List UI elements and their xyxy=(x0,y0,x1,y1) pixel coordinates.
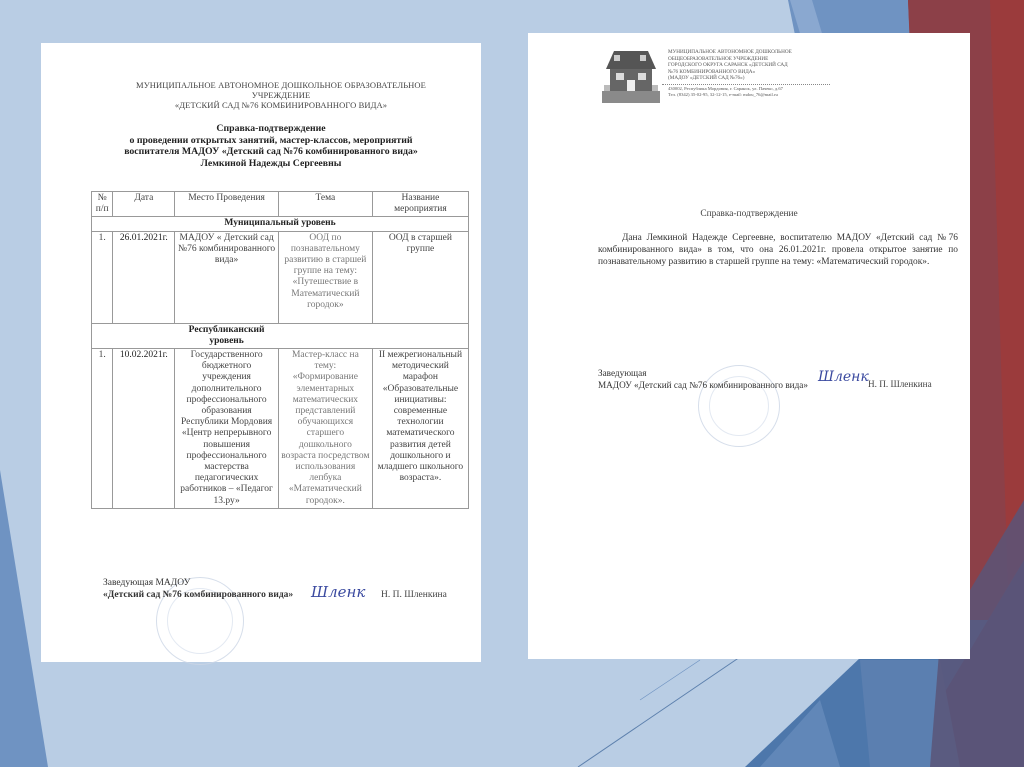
cell-date: 10.02.2021г. xyxy=(113,349,175,509)
letterhead-line: ГОРОДСКОГО ОКРУГА САРАНСК «ДЕТСКИЙ САД xyxy=(668,62,828,69)
document-title: Справка-подтверждение xyxy=(528,209,970,219)
letterhead-line: МУНИЦИПАЛЬНОЕ АВТОНОМНОЕ ДОШКОЛЬНОЕ xyxy=(668,49,828,56)
table-header-row: № п/п Дата Место Проведения Тема Названи… xyxy=(92,192,469,217)
org-header: МУНИЦИПАЛЬНОЕ АВТОНОМНОЕ ДОШКОЛЬНОЕ ОБРА… xyxy=(91,80,471,110)
title-line: Справка-подтверждение xyxy=(71,123,471,135)
letterhead-divider xyxy=(662,84,830,85)
events-table: № п/п Дата Место Проведения Тема Названи… xyxy=(91,191,469,509)
signatory-title: Заведующая МАДОУ xyxy=(103,578,293,590)
cell-event: II межрегиональный методический марафон … xyxy=(372,349,468,509)
document-left-certificate: МУНИЦИПАЛЬНОЕ АВТОНОМНОЕ ДОШКОЛЬНОЕ ОБРА… xyxy=(41,43,481,662)
section-row: Республиканский уровень xyxy=(92,323,469,348)
header-cell: № п/п xyxy=(92,192,113,217)
cell-date: 26.01.2021г. xyxy=(113,231,175,323)
table-row: 1. 10.02.2021г. Государственного бюджетн… xyxy=(92,349,469,509)
certificate-body: Дана Лемкиной Надежде Сергеевне, воспита… xyxy=(598,232,958,268)
document-title: Справка-подтверждение о проведении откры… xyxy=(71,123,471,169)
cell-number: 1. xyxy=(92,231,113,323)
section-level: Муниципальный уровень xyxy=(92,217,469,231)
cell-topic: ООД по познавательному развитию в старше… xyxy=(278,231,372,323)
table-row: 1. 26.01.2021г. МАДОУ « Детский сад №76 … xyxy=(92,231,469,323)
signature-block: Заведующая МАДОУ «Детский сад №76 комбин… xyxy=(598,367,808,391)
section-row: Муниципальный уровень xyxy=(92,217,469,231)
title-line: о проведении открытых занятий, мастер-кл… xyxy=(71,135,471,147)
header-cell: Дата xyxy=(113,192,175,217)
cell-topic: Мастер-класс на тему: «Формирование элем… xyxy=(278,349,372,509)
handwritten-signature: Шленк xyxy=(311,583,365,601)
cell-number: 1. xyxy=(92,349,113,509)
letterhead-line: (МАДОУ «ДЕТСКИЙ САД №76») xyxy=(668,75,828,82)
signatory-name: Н. П. Шленкина xyxy=(868,379,932,389)
letterhead-org: МУНИЦИПАЛЬНОЕ АВТОНОМНОЕ ДОШКОЛЬНОЕ ОБЩЕ… xyxy=(668,49,828,82)
signatory-name: Н. П. Шленкина xyxy=(381,590,447,600)
title-line: воспитателя МАДОУ «Детский сад №76 комби… xyxy=(71,146,471,158)
letterhead-contacts: 430002, Республика Мордовия, г. Саранск,… xyxy=(668,86,838,99)
cell-event: ООД в старшей группе xyxy=(372,231,468,323)
header-cell: Тема xyxy=(278,192,372,217)
org-header-line: «ДЕТСКИЙ САД №76 КОМБИНИРОВАННОГО ВИДА» xyxy=(91,100,471,110)
cell-place: Государственного бюджетного учреждения д… xyxy=(175,349,279,509)
header-cell: Место Проведения xyxy=(175,192,279,217)
kindergarten-house-logo-icon xyxy=(600,47,662,105)
header-cell: Название мероприятия xyxy=(372,192,468,217)
org-header-line: МУНИЦИПАЛЬНОЕ АВТОНОМНОЕ ДОШКОЛЬНОЕ ОБРА… xyxy=(91,80,471,90)
signature-block: Заведующая МАДОУ «Детский сад №76 комбин… xyxy=(103,578,293,601)
title-line: Лемкиной Надежды Сергеевны xyxy=(71,158,471,170)
document-right-certificate: МУНИЦИПАЛЬНОЕ АВТОНОМНОЕ ДОШКОЛЬНОЕ ОБЩЕ… xyxy=(528,33,970,659)
handwritten-signature: Шленк xyxy=(818,369,869,385)
cell-place: МАДОУ « Детский сад №76 комбинированного… xyxy=(175,231,279,323)
section-level: Республиканский уровень xyxy=(175,323,279,348)
letterhead-phone-email: Тел. (8342) 35-02-95, 32-12-15, e-mail: … xyxy=(668,92,838,98)
signatory-org: МАДОУ «Детский сад №76 комбинированного … xyxy=(598,379,808,391)
org-header-line: УЧРЕЖДЕНИЕ xyxy=(91,90,471,100)
signatory-title: Заведующая xyxy=(598,367,808,379)
signatory-org: «Детский сад №76 комбинированного вида» xyxy=(103,590,293,602)
